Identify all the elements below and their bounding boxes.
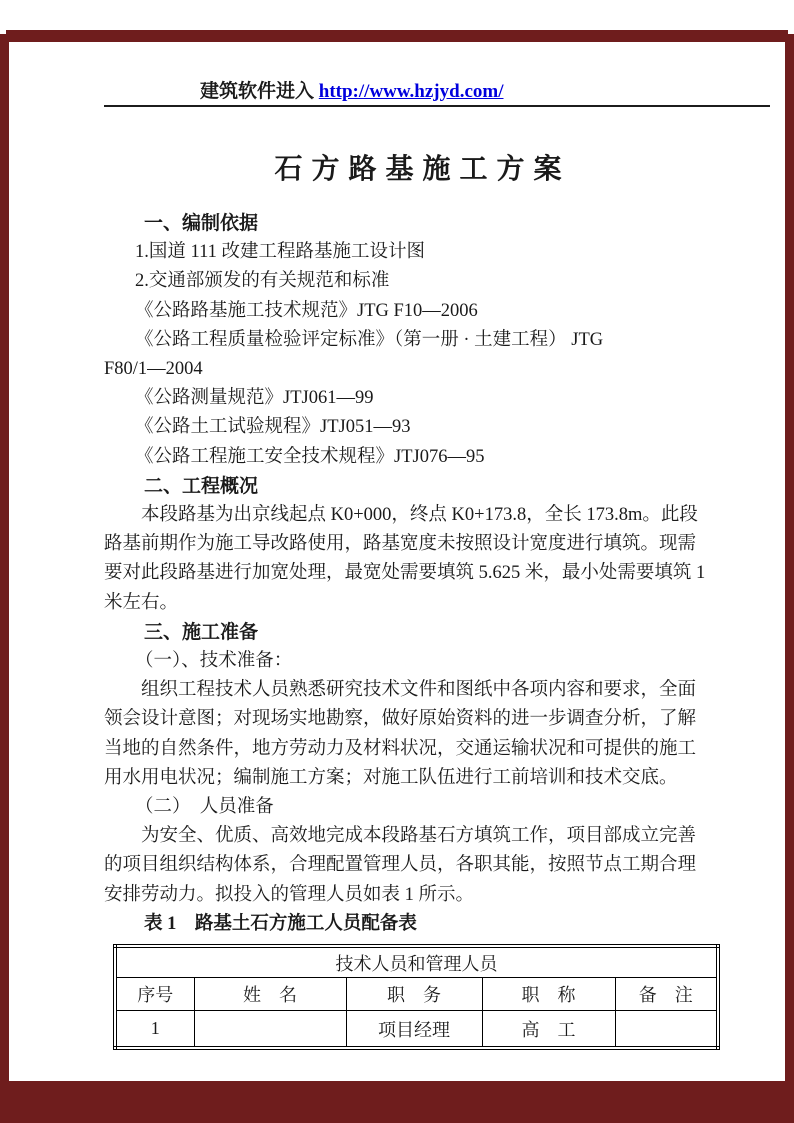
header-link[interactable]: http://www.hzjyd.com/ — [319, 81, 504, 102]
text-line: 《公路测量规范》JTJ061—99 — [104, 384, 741, 413]
text-line: 要对此段路基进行加宽处理，最宽处需要填筑 5.625 米，最小处需要填筑 1 — [104, 559, 741, 588]
text-line: 《公路土工试验规程》JTJ051—93 — [104, 413, 741, 442]
personnel-table: 技术人员和管理人员 序号 姓 名 职 务 职 称 备 注 1 项目经理 高 工 — [113, 944, 720, 1050]
table-col-header: 备 注 — [615, 978, 718, 1011]
text-line: 路基前期作为施工导改路使用，路基宽度未按照设计宽度进行填筑。现需 — [104, 530, 741, 559]
table-cell: 1 — [115, 1011, 194, 1049]
page-frame-left — [0, 34, 9, 1081]
text-line: 本段路基为出京线起点 K0+000，终点 K0+173.8，全长 173.8m。… — [104, 501, 741, 530]
text-line: 《公路路基施工技术规范》JTG F10—2006 — [104, 297, 741, 326]
document-page: 建筑软件进入 http://www.hzjyd.com/ 石方路基施工方案 一、… — [104, 0, 741, 1050]
section-heading-2: 二、工程概况 — [104, 472, 741, 501]
text-line: 《公路工程质量检验评定标准》（第一册 · 土建工程） JTG — [104, 326, 741, 355]
text-line: 组织工程技术人员熟悉研究技术文件和图纸中各项内容和要求，全面 — [104, 676, 741, 705]
page-header: 建筑软件进入 http://www.hzjyd.com/ — [104, 76, 770, 107]
section-heading-3: 三、施工准备 — [104, 618, 741, 647]
table-cell: 高 工 — [482, 1011, 615, 1049]
text-line: 2.交通部颁发的有关规范和标准 — [104, 267, 741, 296]
table-cell: 项目经理 — [346, 1011, 482, 1049]
subsection-heading: （二） 人员准备 — [104, 793, 741, 822]
table-col-header: 职 称 — [482, 978, 615, 1011]
table-caption: 表 1 路基土石方施工人员配备表 — [104, 910, 741, 939]
text-line: F80/1—2004 — [104, 355, 741, 384]
section-heading-1: 一、编制依据 — [104, 209, 741, 238]
subsection-heading: （一）、技术准备： — [104, 647, 741, 676]
table-cell — [194, 1011, 346, 1049]
document-body: 一、编制依据 1.国道 111 改建工程路基施工设计图 2.交通部颁发的有关规范… — [104, 209, 741, 939]
text-line: 米左右。 — [104, 589, 741, 618]
document-title: 石方路基施工方案 — [104, 151, 741, 189]
text-line: 1.国道 111 改建工程路基施工设计图 — [104, 238, 741, 267]
table-cell — [615, 1011, 718, 1049]
text-line: 领会设计意图；对现场实地勘察，做好原始资料的进一步调查分析，了解 — [104, 705, 741, 734]
table-group-header: 技术人员和管理人员 — [115, 946, 718, 978]
page-frame-right — [785, 34, 794, 1081]
text-line: 为安全、优质、高效地完成本段路基石方填筑工作，项目部成立完善 — [104, 822, 741, 851]
page-frame-bottom — [0, 1081, 794, 1123]
text-line: 用水用电状况；编制施工方案；对施工队伍进行工前培训和技术交底。 — [104, 764, 741, 793]
text-line: 安排劳动力。拟投入的管理人员如表 1 所示。 — [104, 881, 741, 910]
table-col-header: 序号 — [115, 978, 194, 1011]
text-line: 当地的自然条件，地方劳动力及材料状况，交通运输状况和可提供的施工 — [104, 735, 741, 764]
text-line: 《公路工程施工安全技术规程》JTJ076—95 — [104, 443, 741, 472]
table-col-header: 姓 名 — [194, 978, 346, 1011]
text-line: 的项目组织结构体系，合理配置管理人员，各职其能，按照节点工期合理 — [104, 851, 741, 880]
table-col-header: 职 务 — [346, 978, 482, 1011]
header-label: 建筑软件进入 — [200, 81, 319, 102]
